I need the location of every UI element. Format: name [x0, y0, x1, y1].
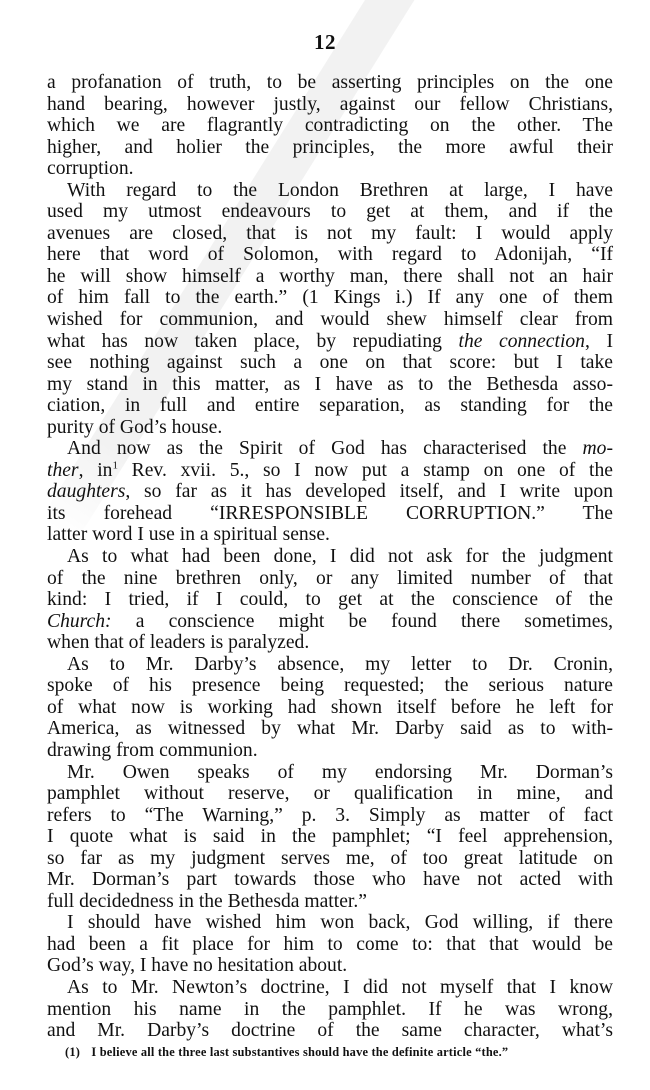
text-segment: what has now taken place, by repudiating: [47, 331, 459, 352]
text-line: God’s way, I have no hesitation about.: [47, 955, 613, 977]
italic-text: the connection: [459, 331, 585, 352]
text-segment: wished for communion, and would shew him…: [47, 309, 613, 330]
text-segment: , in: [79, 460, 113, 481]
text-line: With regard to the London Brethren at la…: [47, 180, 613, 202]
paragraph: And now as the Spirit of God has charact…: [47, 438, 613, 546]
text-line: its forehead “IRRESPONSIBLE CORRUPTION.”…: [47, 503, 613, 525]
text-line: pamphlet without reserve, or qualificati…: [47, 783, 613, 805]
text-line: And now as the Spirit of God has charact…: [47, 438, 613, 460]
text-line: had been a fit place for him to come to:…: [47, 934, 613, 956]
italic-text: Church:: [47, 611, 112, 632]
text-segment: my stand in this matter, as I have as to…: [47, 374, 613, 395]
text-segment: Mr. Owen speaks of my endorsing Mr. Dorm…: [67, 762, 613, 783]
text-line: of the nine brethren only, or any limite…: [47, 568, 613, 590]
text-segment: As to Mr. Newton’s doctrine, I did not m…: [67, 977, 613, 998]
paragraph: As to Mr. Darby’s absence, my letter to …: [47, 654, 613, 762]
text-segment: a profanation of truth, to be asserting …: [47, 72, 613, 93]
text-line: and Mr. Darby’s doctrine of the same cha…: [47, 1020, 613, 1042]
text-segment: he will show himself a worthy man, there…: [47, 266, 613, 287]
paragraph: As to what had been done, I did not ask …: [47, 546, 613, 654]
text-line: higher, and holier the principles, the m…: [47, 137, 613, 159]
text-line: hand bearing, however justly, against ou…: [47, 94, 613, 116]
text-segment: America, as witnessed by what Mr. Darby …: [47, 718, 613, 739]
text-line: ciation, in full and entire separation, …: [47, 395, 613, 417]
paragraph: I should have wished him won back, God w…: [47, 912, 613, 977]
text-line: drawing from communion.: [47, 740, 613, 762]
footnote-text: I believe all the three last substantive…: [91, 1045, 508, 1059]
italic-text: mo-: [583, 438, 613, 459]
text-segment: and Mr. Darby’s doctrine of the same cha…: [47, 1020, 613, 1041]
text-segment: corruption.: [47, 158, 134, 179]
text-segment: see nothing against such a one on that s…: [47, 352, 613, 373]
text-line: of what now is working had shown itself …: [47, 697, 613, 719]
text-segment: mention his name in the pamphlet. If he …: [47, 999, 613, 1020]
text-line: used my utmost endeavours to get at them…: [47, 201, 613, 223]
italic-text: daughters: [47, 481, 125, 502]
text-line: spoke of his presence being requested; t…: [47, 675, 613, 697]
text-segment: purity of God’s house.: [47, 417, 222, 438]
text-line: As to Mr. Darby’s absence, my letter to …: [47, 654, 613, 676]
paragraph: Mr. Owen speaks of my endorsing Mr. Dorm…: [47, 762, 613, 913]
text-segment: of what now is working had shown itself …: [47, 697, 613, 718]
paragraph: a profanation of truth, to be asserting …: [47, 72, 613, 180]
text-line: corruption.: [47, 158, 613, 180]
text-segment: hand bearing, however justly, against ou…: [47, 94, 613, 115]
text-segment: used my utmost endeavours to get at them…: [47, 201, 613, 222]
italic-text: ther: [47, 460, 79, 481]
text-segment: of him fall to the earth.” (1 Kings i.) …: [47, 287, 613, 308]
text-segment: had been a fit place for him to come to:…: [47, 934, 613, 955]
text-line: so far as my judgment serves me, of too …: [47, 848, 613, 870]
text-segment: As to Mr. Darby’s absence, my letter to …: [67, 654, 613, 675]
text-line: ther, in1 Rev. xvii. 5., so I now put a …: [47, 460, 613, 482]
text-line: he will show himself a worthy man, there…: [47, 266, 613, 288]
text-segment: As to what had been done, I did not ask …: [67, 546, 613, 567]
text-line: avenues are closed, that is not my fault…: [47, 223, 613, 245]
text-line: kind: I tried, if I could, to get at the…: [47, 589, 613, 611]
text-segment: which we are flagrantly contradicting on…: [47, 115, 613, 136]
text-line: daughters, so far as it has developed it…: [47, 481, 613, 503]
text-line: Mr. Owen speaks of my endorsing Mr. Dorm…: [47, 762, 613, 784]
document-body: a profanation of truth, to be asserting …: [47, 72, 613, 1042]
text-segment: its forehead “IRRESPONSIBLE CORRUPTION.”…: [47, 503, 613, 524]
paragraph: As to Mr. Newton’s doctrine, I did not m…: [47, 977, 613, 1042]
text-segment: so far as my judgment serves me, of too …: [47, 848, 613, 869]
text-segment: ciation, in full and entire separation, …: [47, 395, 613, 416]
text-segment: , so far as it has developed itself, and…: [125, 481, 613, 502]
text-segment: latter word I use in a spiritual sense.: [47, 524, 330, 545]
text-line: I should have wished him won back, God w…: [47, 912, 613, 934]
text-segment: avenues are closed, that is not my fault…: [47, 223, 613, 244]
text-segment: And now as the Spirit of God has charact…: [67, 438, 583, 459]
text-line: Mr. Dorman’s part towards those who have…: [47, 869, 613, 891]
text-segment: I should have wished him won back, God w…: [67, 912, 613, 933]
text-line: Church: a conscience might be found ther…: [47, 611, 613, 633]
text-segment: With regard to the London Brethren at la…: [67, 180, 613, 201]
page-number: 12: [0, 30, 650, 55]
text-segment: pamphlet without reserve, or qualificati…: [47, 783, 613, 804]
text-line: what has now taken place, by repudiating…: [47, 331, 613, 353]
text-line: America, as witnessed by what Mr. Darby …: [47, 718, 613, 740]
text-line: wished for communion, and would shew him…: [47, 309, 613, 331]
text-line: my stand in this matter, as I have as to…: [47, 374, 613, 396]
paragraph: With regard to the London Brethren at la…: [47, 180, 613, 439]
text-line: see nothing against such a one on that s…: [47, 352, 613, 374]
text-segment: I quote what is said in the pamphlet; “I…: [47, 826, 613, 847]
text-segment: God’s way, I have no hesitation about.: [47, 955, 347, 976]
text-line: latter word I use in a spiritual sense.: [47, 524, 613, 546]
footnote: (1) I believe all the three last substan…: [65, 1045, 605, 1060]
text-segment: full decidedness in the Bethesda matter.…: [47, 891, 367, 912]
text-segment: here that word of Solomon, with regard t…: [47, 244, 613, 265]
text-line: As to Mr. Newton’s doctrine, I did not m…: [47, 977, 613, 999]
text-line: purity of God’s house.: [47, 417, 613, 439]
text-line: here that word of Solomon, with regard t…: [47, 244, 613, 266]
text-line: when that of leaders is paralyzed.: [47, 632, 613, 654]
text-line: As to what had been done, I did not ask …: [47, 546, 613, 568]
text-segment: Rev. xvii. 5., so I now put a stamp on o…: [118, 460, 613, 481]
footnote-marker: (1): [65, 1045, 80, 1059]
text-line: refers to “The Warning,” p. 3. Simply as…: [47, 805, 613, 827]
text-line: mention his name in the pamphlet. If he …: [47, 999, 613, 1021]
text-line: which we are flagrantly contradicting on…: [47, 115, 613, 137]
text-segment: Mr. Dorman’s part towards those who have…: [47, 869, 613, 890]
text-segment: a conscience might be found there someti…: [112, 611, 613, 632]
text-segment: , I: [585, 331, 613, 352]
text-segment: refers to “The Warning,” p. 3. Simply as…: [47, 805, 613, 826]
text-segment: kind: I tried, if I could, to get at the…: [47, 589, 613, 610]
text-line: full decidedness in the Bethesda matter.…: [47, 891, 613, 913]
text-line: of him fall to the earth.” (1 Kings i.) …: [47, 287, 613, 309]
text-segment: higher, and holier the principles, the m…: [47, 137, 613, 158]
text-segment: when that of leaders is paralyzed.: [47, 632, 309, 653]
text-line: I quote what is said in the pamphlet; “I…: [47, 826, 613, 848]
text-segment: spoke of his presence being requested; t…: [47, 675, 613, 696]
text-segment: drawing from communion.: [47, 740, 258, 761]
text-line: a profanation of truth, to be asserting …: [47, 72, 613, 94]
text-segment: of the nine brethren only, or any limite…: [47, 568, 613, 589]
